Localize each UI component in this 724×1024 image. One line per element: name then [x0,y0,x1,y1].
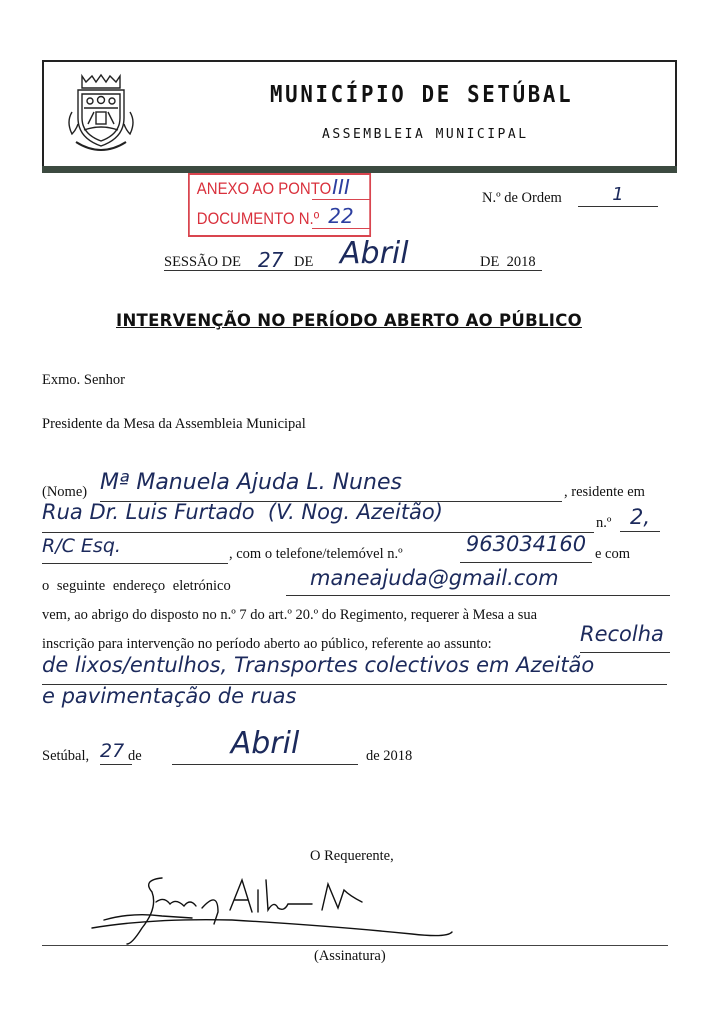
sessao-month[interactable]: Abril [340,236,409,271]
municipality-title: MUNICÍPIO DE SETÚBAL [270,82,573,108]
nome-field[interactable]: Mª Manuela Ajuda L. Nunes [100,470,562,502]
sessao-label: SESSÃO DE [164,254,241,271]
documento-value[interactable]: 22 [312,204,370,229]
sessao-line: SESSÃO DE 27 DE Abril DE 2018 [164,248,542,271]
form-title: INTERVENÇÃO NO PERÍODO ABERTO AO PÚBLICO [116,311,582,330]
signature-scribble[interactable] [72,868,532,948]
assembly-subtitle: ASSEMBLEIA MUNICIPAL [322,127,529,142]
signature-line [42,945,668,946]
email-label: o seguinte endereço eletrónico [42,578,231,595]
date-month-field[interactable]: Abril [172,726,358,765]
assunto-field-line-2[interactable]: de lixos/entulhos, Transportes colectivo… [42,653,667,685]
date-year-label: de 2018 [366,748,412,765]
anexo-value[interactable]: III [312,175,370,200]
ordem-label: N.º de Ordem [482,190,562,207]
telefone-label: , com o telefone/telemóvel n.º [229,546,403,563]
addressee: Presidente da Mesa da Assembleia Municip… [42,416,306,433]
telefone-field[interactable]: 963034160 [460,532,592,563]
assunto-field-line-3[interactable]: e pavimentação de ruas [42,684,296,708]
numero-label: n.º [596,515,611,532]
sessao-day[interactable]: 27 [258,248,283,272]
email-field[interactable]: maneajuda@gmail.com [286,566,670,596]
andar-field[interactable]: R/C Esq. [42,535,228,564]
documento-label: DOCUMENTO N.º [197,209,319,229]
requerente-label: O Requerente, [310,848,394,865]
nome-label: (Nome) [42,484,87,501]
salutation: Exmo. Senhor [42,372,125,389]
numero-field[interactable]: 2, [620,505,660,532]
e-com-label: e com [595,546,630,563]
ordem-value[interactable]: 1 [578,184,658,207]
residente-label: , residente em [564,484,645,501]
sessao-year-label: DE 2018 [480,254,536,271]
assinatura-label: (Assinatura) [314,948,386,965]
date-city-label: Setúbal, [42,748,89,765]
header-band [42,166,677,173]
morada-field[interactable]: Rua Dr. Luis Furtado (V. Nog. Azeitão) [42,500,594,533]
sessao-de-label: DE [294,254,313,271]
municipal-coat-of-arms-icon [62,72,140,158]
body-text-line-1: vem, ao abrigo do disposto no n.º 7 do a… [42,607,537,624]
assunto-field-line-1[interactable]: Recolha [580,622,670,653]
date-de-label: de [128,748,142,765]
body-text-line-2: inscrição para intervenção no período ab… [42,636,492,653]
